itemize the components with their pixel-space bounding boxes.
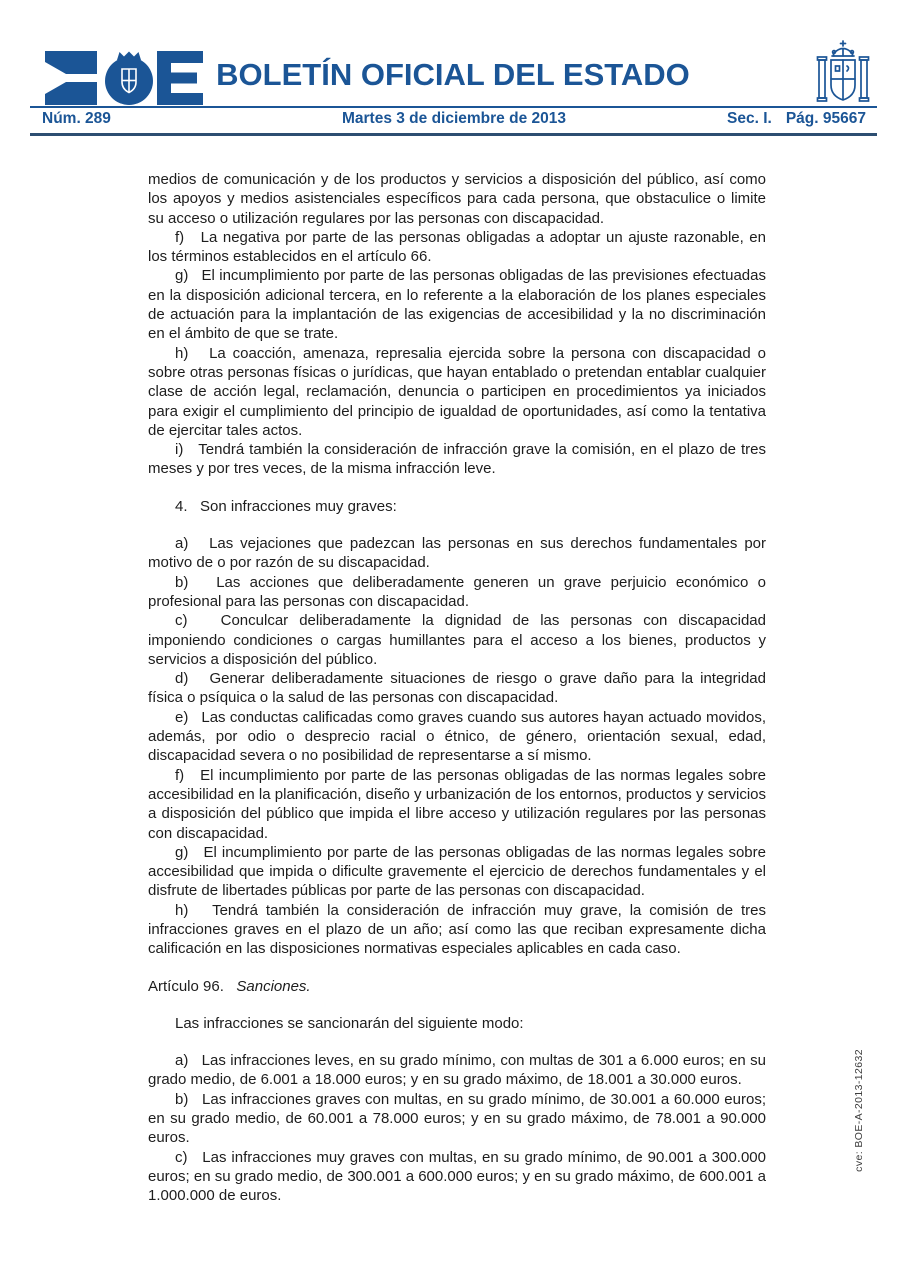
paragraph: h) La coacción, amenaza, represalia ejer…	[148, 344, 766, 440]
paragraph-text: 4. Son infracciones muy graves:	[175, 498, 397, 515]
paragraph: a) Las vejaciones que padezcan las perso…	[148, 534, 766, 573]
paragraph: medios de comunicación y de los producto…	[148, 170, 766, 228]
paragraph: c) Las infracciones muy graves con multa…	[148, 1148, 766, 1206]
issue-number: Núm. 289	[42, 110, 342, 128]
section-page: Sec. I.Pág. 95667	[566, 110, 866, 128]
paragraph: b) Las infracciones graves con multas, e…	[148, 1090, 766, 1148]
paragraph-text: e) Las conductas calificadas como graves…	[148, 709, 766, 765]
paragraph-text: Las infracciones se sancionarán del sigu…	[175, 1015, 524, 1032]
paragraph-text: b) Las acciones que deliberadamente gene…	[148, 574, 766, 610]
paragraph-text: h) La coacción, amenaza, represalia ejer…	[148, 345, 766, 439]
section-label: Sec. I.	[727, 110, 772, 127]
header-meta-row: Núm. 289 Martes 3 de diciembre de 2013 S…	[42, 110, 866, 128]
paragraph: Artículo 96. Sanciones.	[148, 977, 766, 996]
paragraph-text: Artículo 96.	[148, 978, 236, 995]
paragraph-text: d) Generar deliberadamente situaciones d…	[148, 670, 766, 706]
paragraph-text: c) Las infracciones muy graves con multa…	[148, 1149, 766, 1205]
paragraph: g) El incumplimiento por parte de las pe…	[148, 843, 766, 901]
paragraph: Las infracciones se sancionarán del sigu…	[148, 1014, 766, 1033]
paragraph-text: medios de comunicación y de los producto…	[148, 171, 766, 227]
page-number: Pág. 95667	[786, 110, 866, 127]
issue-date: Martes 3 de diciembre de 2013	[342, 110, 566, 128]
paragraph-text: f) La negativa por parte de las personas…	[148, 229, 766, 265]
boe-page: BOLETÍN OFICIAL DEL ESTADO	[0, 0, 906, 1280]
paragraph: c) Conculcar deliberadamente la dignidad…	[148, 611, 766, 669]
paragraph: d) Generar deliberadamente situaciones d…	[148, 669, 766, 708]
header-rule-top	[30, 106, 877, 108]
document-body: medios de comunicación y de los producto…	[148, 170, 766, 1206]
paragraph: i) Tendrá también la consideración de in…	[148, 440, 766, 479]
spain-coat-of-arms-icon	[816, 40, 870, 106]
paragraph: 4. Son infracciones muy graves:	[148, 497, 766, 516]
paragraph-text: c) Conculcar deliberadamente la dignidad…	[148, 612, 766, 668]
paragraph: e) Las conductas calificadas como graves…	[148, 708, 766, 766]
paragraph: g) El incumplimiento por parte de las pe…	[148, 266, 766, 343]
paragraph-text: g) El incumplimiento por parte de las pe…	[148, 844, 766, 900]
paragraph-text: f) El incumplimiento por parte de las pe…	[148, 767, 766, 842]
paragraph: a) Las infracciones leves, en su grado m…	[148, 1051, 766, 1090]
paragraph: b) Las acciones que deliberadamente gene…	[148, 573, 766, 612]
paragraph: f) El incumplimiento por parte de las pe…	[148, 766, 766, 843]
cve-code: cve: BOE-A-2013-12632	[848, 998, 870, 1172]
paragraph-text-italic: Sanciones.	[236, 978, 310, 995]
paragraph-text: a) Las vejaciones que padezcan las perso…	[148, 535, 766, 571]
paragraph-text: h) Tendrá también la consideración de in…	[148, 902, 766, 958]
paragraph: h) Tendrá también la consideración de in…	[148, 901, 766, 959]
cve-code-text: cve: BOE-A-2013-12632	[853, 1049, 865, 1172]
paragraph-text: g) El incumplimiento por parte de las pe…	[148, 267, 766, 342]
paragraph-text: a) Las infracciones leves, en su grado m…	[148, 1052, 766, 1088]
paragraph: f) La negativa por parte de las personas…	[148, 228, 766, 267]
paragraph-text: b) Las infracciones graves con multas, e…	[148, 1091, 766, 1147]
masthead-title: BOLETÍN OFICIAL DEL ESTADO	[0, 57, 906, 93]
header-rule-bottom	[30, 133, 877, 136]
paragraph-text: i) Tendrá también la consideración de in…	[148, 441, 766, 477]
